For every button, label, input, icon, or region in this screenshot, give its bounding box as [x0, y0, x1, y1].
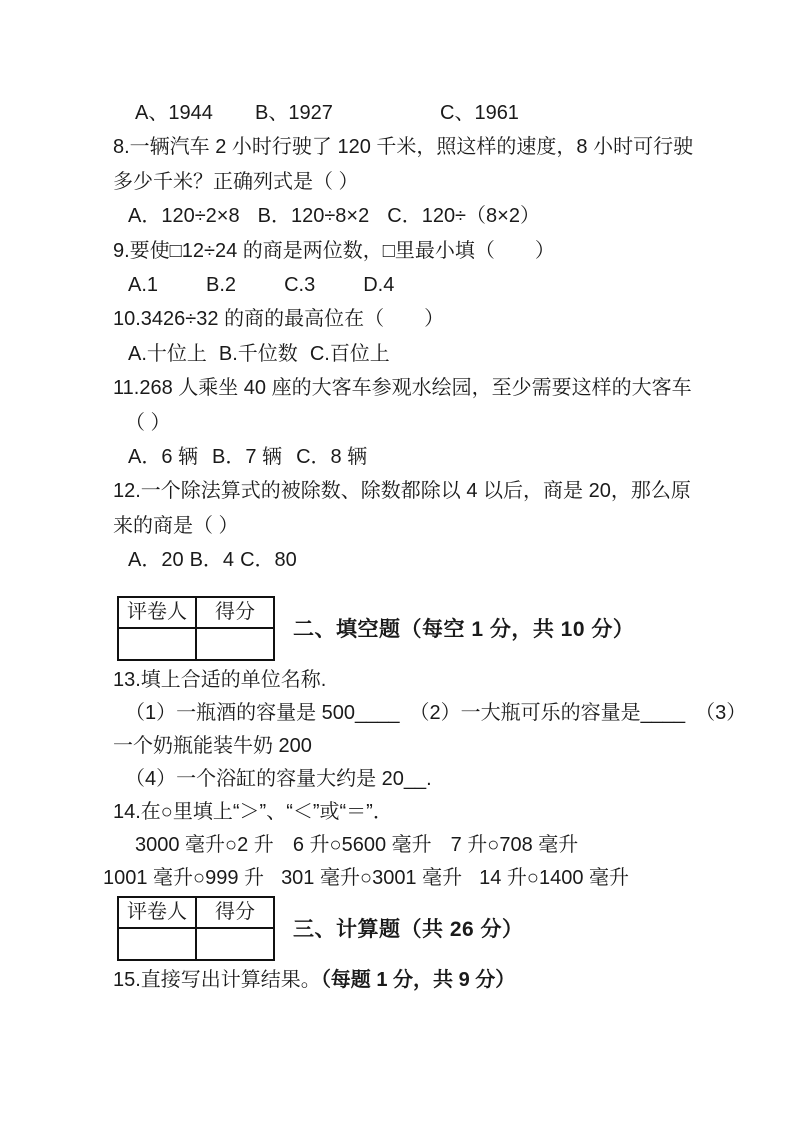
- q9-option-c: C.3: [284, 274, 315, 296]
- grader-table-2-header-score: 得分: [196, 897, 274, 928]
- q7-option-a: A、1944: [135, 96, 255, 130]
- q8-options-row: A．120÷2×8B．120÷8×2C．120÷（8×2）: [113, 199, 713, 233]
- q14-intro: 14.在○里填上“＞”、“＜”或“＝”．: [113, 796, 713, 829]
- q11-text-line-1: 11.268 人乘坐 40 座的大客车参观水绘园，至少需要这样的大客车: [113, 371, 713, 405]
- q14-compare-item-4: 1001 毫升○999 升: [103, 867, 264, 889]
- grader-table-1-header-reviewer: 评卷人: [118, 597, 196, 628]
- q12-options-row: A．20B．4C．80: [113, 543, 713, 577]
- q14-compare-item-2: 6 升○5600 毫升: [293, 834, 432, 856]
- fill-section-header-row: 评卷人 得分 二、填空题（每空 1 分，共 10 分）: [113, 596, 713, 661]
- fill-section: 13.填上合适的单位名称. （1）一瓶酒的容量是 500____ （2）一大瓶可…: [113, 664, 713, 895]
- q14-compare-item-3: 7 升○708 毫升: [451, 834, 579, 856]
- grader-table-2-cell-score: [196, 928, 274, 960]
- calc-section: 15.直接写出计算结果。（每题 1 分，共 9 分）: [113, 963, 713, 997]
- q8-option-c: C．120÷（8×2）: [387, 205, 540, 227]
- q11-option-c: C．8 辆: [296, 446, 367, 468]
- q12-text-line-1: 12.一个除法算式的被除数、除数都除以 4 以后，商是 20，那么原: [113, 474, 713, 508]
- grader-score-table-2: 评卷人 得分: [117, 896, 275, 961]
- q15-score-note: （每题 1 分，共 9 分）: [321, 969, 515, 991]
- q7-options-row: A、1944B、1927C、1961: [113, 96, 713, 130]
- choice-section: A、1944B、1927C、1961 8.一辆汽车 2 小时行驶了 120 千米…: [113, 96, 713, 578]
- q9-option-a: A.1: [128, 274, 158, 296]
- q7-option-c: C、1961: [440, 102, 519, 124]
- q11-options-row: A．6 辆B．7 辆C．8 辆: [113, 440, 713, 474]
- q9-text-line-1: 9.要使□12÷24 的商是两位数，□里最小填（ ）: [113, 234, 713, 268]
- q10-option-c: C.百位上: [310, 343, 390, 365]
- q15-intro: 15.直接写出计算结果。（每题 1 分，共 9 分）: [113, 963, 713, 997]
- q15-intro-text: 15.直接写出计算结果。: [113, 969, 321, 991]
- q14-compare-item-5: 301 毫升○3001 毫升: [281, 867, 462, 889]
- q10-option-a: A.十位上: [128, 343, 207, 365]
- q14-compare-row-1: 3000 毫升○2 升6 升○5600 毫升7 升○708 毫升: [113, 829, 713, 862]
- grader-table-1-header-score: 得分: [196, 597, 274, 628]
- q10-text-line-1: 10.3426÷32 的商的最高位在（ ）: [113, 302, 713, 336]
- calc-section-header-row: 评卷人 得分 三、计算题（共 26 分）: [113, 896, 713, 961]
- q14-compare-item-1: 3000 毫升○2 升: [135, 834, 274, 856]
- q12-option-b: B．4: [190, 549, 234, 571]
- q11-option-a: A．6 辆: [128, 446, 198, 468]
- q13-line-1: （1）一瓶酒的容量是 500____ （2）一大瓶可乐的容量是____ （3）: [113, 697, 713, 730]
- q13-line-3: （4）一个浴缸的容量大约是 20__.: [113, 763, 713, 796]
- q10-options-row: A.十位上B.千位数C.百位上: [113, 337, 713, 371]
- q9-option-d: D.4: [363, 274, 394, 296]
- q7-option-b: B、1927: [255, 96, 440, 130]
- q8-option-b: B．120÷8×2: [258, 205, 370, 227]
- exam-document-body: A、1944B、1927C、1961 8.一辆汽车 2 小时行驶了 120 千米…: [113, 96, 713, 997]
- grader-table-1-cell-reviewer: [118, 628, 196, 660]
- q9-options-row: A.1B.2C.3D.4: [113, 268, 713, 302]
- q13-intro: 13.填上合适的单位名称.: [113, 664, 713, 697]
- q14-compare-item-6: 14 升○1400 毫升: [479, 867, 629, 889]
- q12-option-c: C．80: [240, 549, 297, 571]
- grader-table-2-cell-reviewer: [118, 928, 196, 960]
- q10-option-b: B.千位数: [219, 343, 298, 365]
- q13-line-2: 一个奶瓶能装牛奶 200: [113, 730, 713, 763]
- q11-text-line-2: （ ）: [113, 406, 713, 440]
- grader-score-table-1: 评卷人 得分: [117, 596, 275, 661]
- q8-text-line-1: 8.一辆汽车 2 小时行驶了 120 千米，照这样的速度，8 小时可行驶: [113, 130, 713, 164]
- calc-section-heading: 三、计算题（共 26 分）: [293, 913, 524, 943]
- q11-option-b: B．7 辆: [212, 446, 282, 468]
- q8-option-a: A．120÷2×8: [128, 205, 240, 227]
- q8-text-line-2: 多少千米？正确列式是（ ）: [113, 165, 713, 199]
- exam-page: A、1944B、1927C、1961 8.一辆汽车 2 小时行驶了 120 千米…: [0, 0, 793, 1122]
- q12-text-line-2: 来的商是（ ）: [113, 509, 713, 543]
- q14-compare-row-2: 1001 毫升○999 升301 毫升○3001 毫升14 升○1400 毫升: [103, 862, 713, 895]
- grader-table-2-header-reviewer: 评卷人: [118, 897, 196, 928]
- grader-table-1-cell-score: [196, 628, 274, 660]
- q9-option-b: B.2: [206, 274, 236, 296]
- q12-option-a: A．20: [128, 549, 184, 571]
- fill-section-heading: 二、填空题（每空 1 分，共 10 分）: [293, 613, 634, 643]
